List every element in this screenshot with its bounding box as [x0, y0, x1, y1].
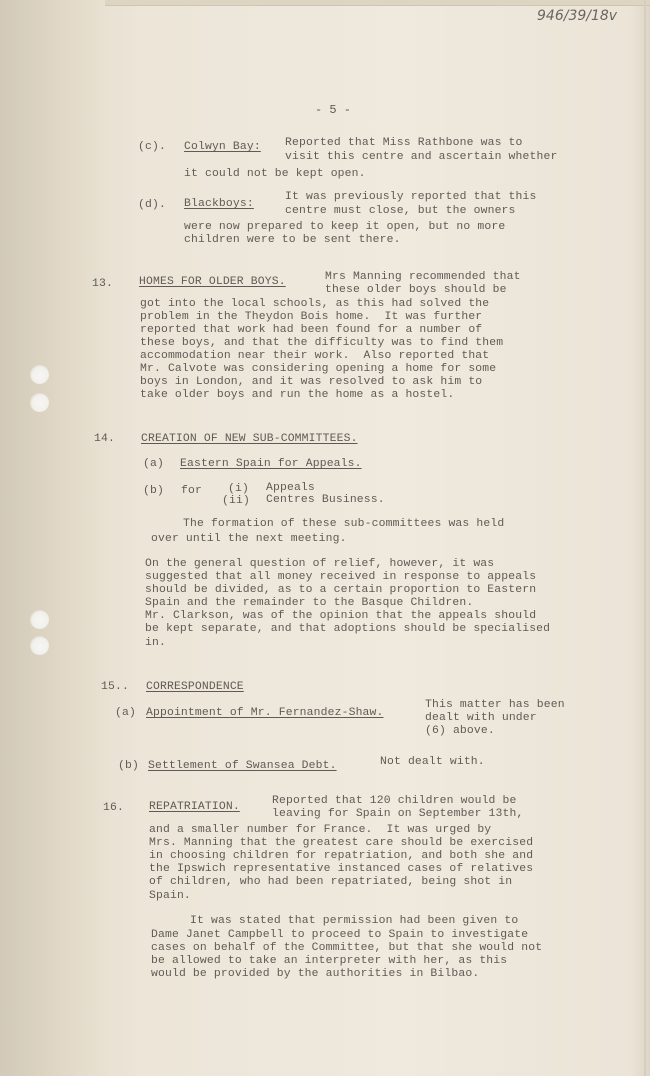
section-15-sub-b-text: Not dealt with. [380, 755, 485, 769]
page-right-edge [644, 0, 646, 1076]
section-13-line: these boys, and that the difficulty was … [140, 336, 503, 350]
item-c-heading: Colwyn Bay: [184, 140, 261, 154]
section-16-line: in choosing children for repatriation, a… [149, 849, 533, 863]
section-14-number: 14. [94, 432, 115, 446]
section-16-line: of children, who had been repatriated, b… [149, 875, 512, 889]
document-page: 946/39/18v - 5 - (c). Colwyn Bay: Report… [0, 0, 650, 1076]
item-d-label: (d). [138, 198, 166, 212]
item-c-line: Reported that Miss Rathbone was to [285, 136, 523, 150]
section-16-line: Mrs. Manning that the greatest care shou… [149, 836, 533, 850]
section-16-line: Reported that 120 children would be [272, 794, 517, 808]
section-16-number: 16. [103, 801, 124, 815]
item-c-line: visit this centre and ascertain whether [285, 150, 557, 164]
item-c-label: (c). [138, 140, 166, 154]
punch-hole-icon [30, 393, 49, 412]
page-number: - 5 - [315, 103, 351, 117]
section-14-para2-line: suggested that all money received in res… [145, 570, 536, 584]
section-14-sub-b-for: for [181, 484, 202, 498]
item-c-line: it could not be kept open. [184, 167, 366, 181]
section-15-sub-b-label: (b) [118, 759, 139, 773]
section-14-sub-b-label: (b) [143, 484, 164, 498]
punch-hole-icon [30, 365, 49, 384]
section-13-line: these older boys should be [325, 283, 507, 297]
item-d-line: children were to be sent there. [184, 233, 401, 247]
section-14-sub-b-ii-label: (ii) [222, 494, 250, 508]
section-15-sub-a-line: This matter has been [425, 698, 565, 712]
section-16-para2-line: be allowed to take an interpreter with h… [151, 954, 507, 968]
section-14-para1-line: The formation of these sub-committees wa… [183, 517, 504, 531]
section-14-sub-a: Eastern Spain for Appeals. [180, 457, 362, 471]
section-16-heading: REPATRIATION. [149, 800, 240, 814]
section-13-heading: HOMES FOR OLDER BOYS. [139, 275, 286, 289]
item-d-line: were now prepared to keep it open, but n… [184, 220, 505, 234]
section-16-line: Spain. [149, 889, 191, 903]
section-15-sub-a-heading: Appointment of Mr. Fernandez-Shaw. [146, 706, 384, 720]
page-top-edge [105, 0, 650, 6]
section-14-heading: CREATION OF NEW SUB-COMMITTEES. [141, 432, 358, 446]
section-13-line: accommodation near their work. Also repo… [140, 349, 489, 363]
item-d-line: It was previously reported that this [285, 190, 536, 204]
section-16-line: the Ipswich representative instanced cas… [149, 862, 533, 876]
page-fold-shadow [0, 0, 110, 1076]
section-14-sub-a-label: (a) [143, 457, 164, 471]
section-14-sub-b-ii: Centres Business. [266, 493, 385, 507]
section-14-para2-line: should be divided, as to a certain propo… [145, 583, 536, 597]
section-14-para2-line: On the general question of relief, howev… [145, 557, 494, 571]
section-15-heading: CORRESPONDENCE [146, 680, 244, 694]
section-14-para2-line: be kept separate, and that adoptions sho… [145, 622, 550, 636]
section-13-line: reported that work had been found for a … [140, 323, 482, 337]
section-16-line: leaving for Spain on September 13th, [272, 807, 523, 821]
item-d-heading: Blackboys: [184, 197, 254, 211]
section-16-line: and a smaller number for France. It was … [149, 823, 491, 837]
item-d-line: centre must close, but the owners [285, 204, 516, 218]
archive-reference: 946/39/18v [537, 8, 617, 24]
section-15-number: 15.. [101, 680, 129, 694]
section-15-sub-b-heading: Settlement of Swansea Debt. [148, 759, 337, 773]
section-13-line: Mrs Manning recommended that [325, 270, 521, 284]
section-14-para1-line: over until the next meeting. [151, 532, 347, 546]
section-13-line: take older boys and run the home as a ho… [140, 388, 454, 402]
section-13-line: problem in the Theydon Bois home. It was… [140, 310, 482, 324]
punch-hole-icon [30, 610, 49, 629]
section-14-para2-line: in. [145, 636, 166, 650]
punch-hole-icon [30, 636, 49, 655]
section-15-sub-a-line: (6) above. [425, 724, 495, 738]
section-13-number: 13. [92, 277, 113, 291]
section-13-line: Mr. Calvote was considering opening a ho… [140, 362, 496, 376]
section-15-sub-a-line: dealt with under [425, 711, 537, 725]
section-14-para2-line: Spain and the remainder to the Basque Ch… [145, 596, 473, 610]
section-13-line: boys in London, and it was resolved to a… [140, 375, 482, 389]
section-14-para2-line: Mr. Clarkson, was of the opinion that th… [145, 609, 536, 623]
section-16-para2-line: Dame Janet Campbell to proceed to Spain … [151, 928, 528, 942]
section-15-sub-a-label: (a) [115, 706, 136, 720]
section-13-line: got into the local schools, as this had … [140, 297, 489, 311]
section-16-para2-line: cases on behalf of the Committee, but th… [151, 941, 542, 955]
section-16-para2-line: would be provided by the authorities in … [151, 967, 479, 981]
section-16-para2-line: It was stated that permission had been g… [190, 914, 518, 928]
